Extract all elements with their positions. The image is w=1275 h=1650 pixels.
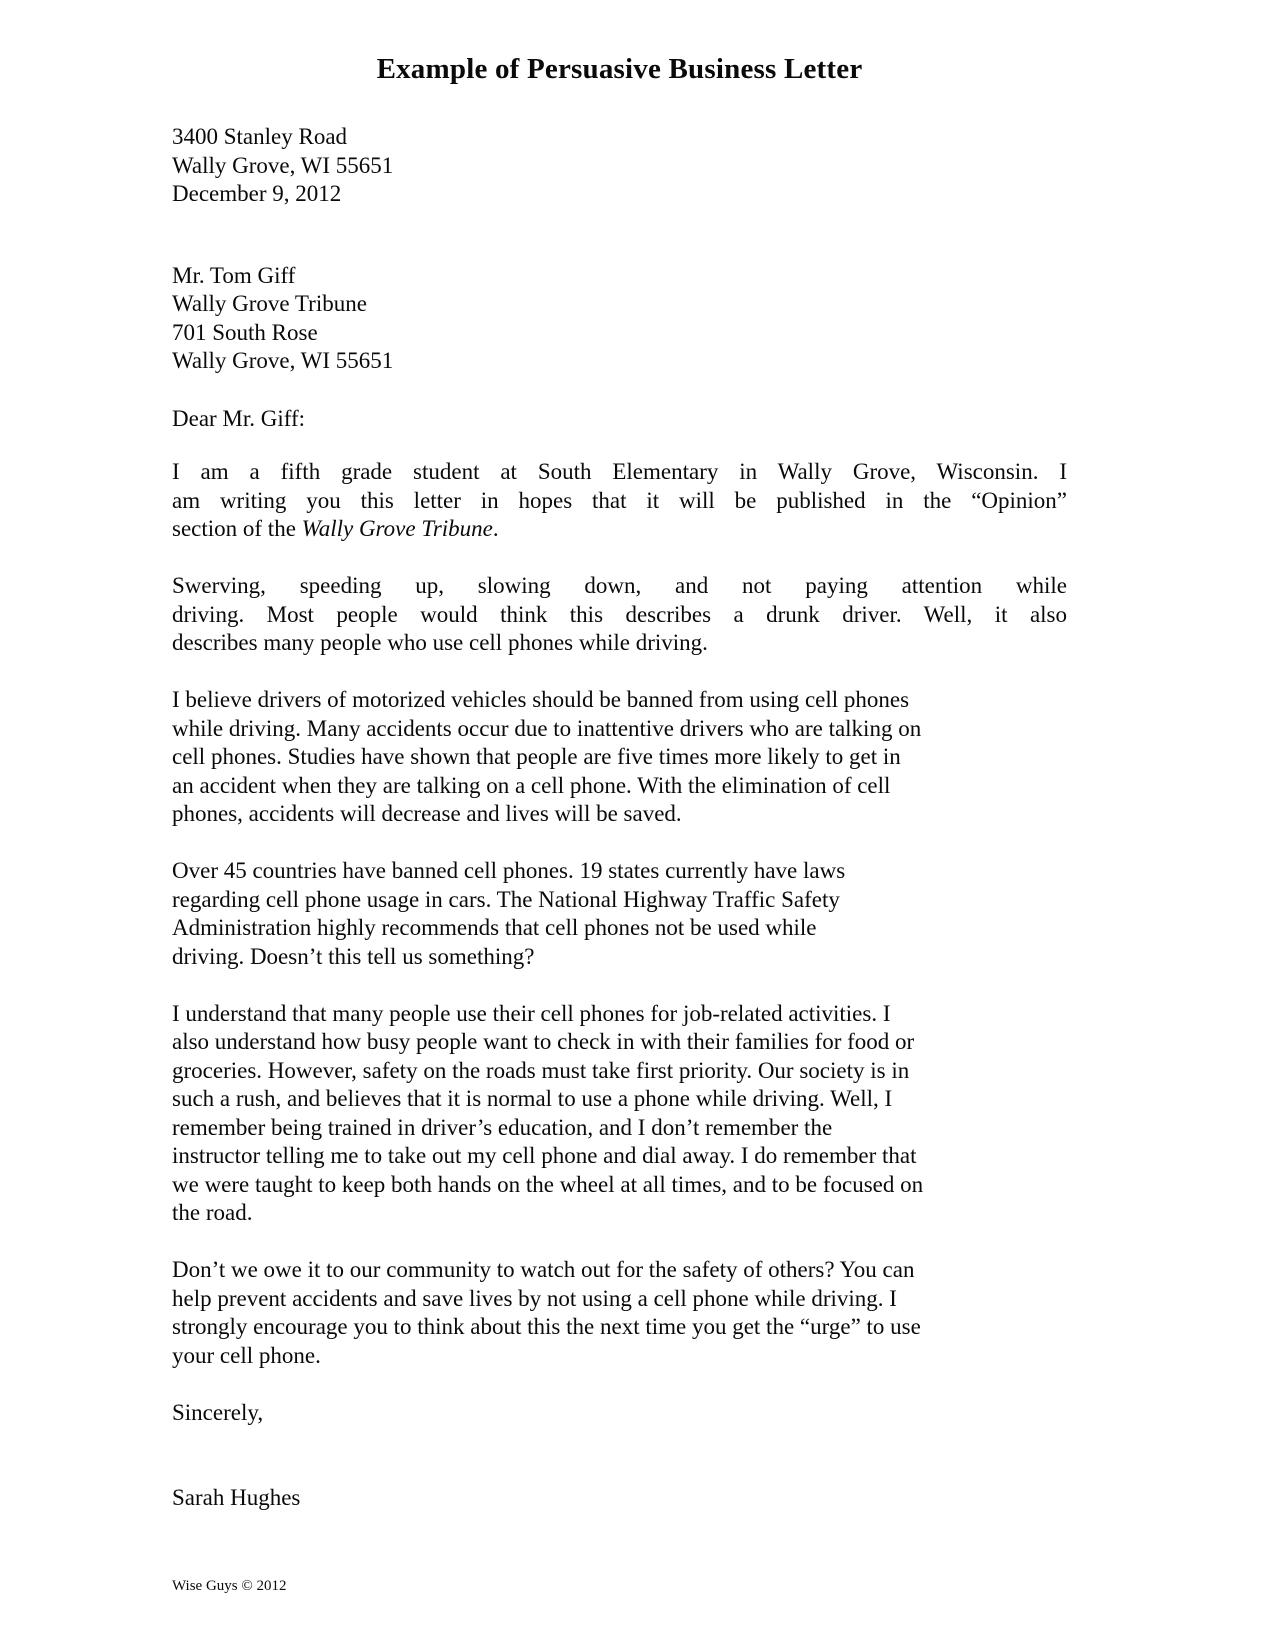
text-line: phones, accidents will decrease and live… xyxy=(172,800,1067,829)
paragraph: Swerving, speeding up, slowing down, and… xyxy=(172,572,1067,658)
text-line: I am a fifth grade student at South Elem… xyxy=(172,458,1067,487)
text-line: am writing you this letter in hopes that… xyxy=(172,487,1067,516)
address-line: 701 South Rose xyxy=(172,319,1067,348)
text-line: an accident when they are talking on a c… xyxy=(172,772,1067,801)
text-line: also understand how busy people want to … xyxy=(172,1028,1067,1057)
text-line: regarding cell phone usage in cars. The … xyxy=(172,886,1067,915)
letter-content: Example of Persuasive Business Letter 34… xyxy=(0,0,1275,1595)
page-title: Example of Persuasive Business Letter xyxy=(172,52,1067,86)
text-line: I believe drivers of motorized vehicles … xyxy=(172,686,1067,715)
text-line: we were taught to keep both hands on the… xyxy=(172,1171,1067,1200)
text-line: Swerving, speeding up, slowing down, and… xyxy=(172,572,1067,601)
text-line: groceries. However, safety on the roads … xyxy=(172,1057,1067,1086)
address-line: December 9, 2012 xyxy=(172,180,1067,209)
text-line: cell phones. Studies have shown that peo… xyxy=(172,743,1067,772)
text-line: such a rush, and believes that it is nor… xyxy=(172,1085,1067,1114)
letter-page: Example of Persuasive Business Letter 34… xyxy=(0,0,1275,1650)
text-line: Don’t we owe it to our community to watc… xyxy=(172,1256,1067,1285)
text-line: describes many people who use cell phone… xyxy=(172,629,1067,658)
address-line: Wally Grove, WI 55651 xyxy=(172,152,1067,181)
text-line: section of the Wally Grove Tribune. xyxy=(172,515,1067,544)
address-line: Wally Grove Tribune xyxy=(172,290,1067,319)
paragraph: I understand that many people use their … xyxy=(172,1000,1067,1228)
text-line: instructor telling me to take out my cel… xyxy=(172,1142,1067,1171)
address-line: 3400 Stanley Road xyxy=(172,123,1067,152)
text-line: while driving. Many accidents occur due … xyxy=(172,715,1067,744)
text-line: driving. Doesn’t this tell us something? xyxy=(172,943,1067,972)
paragraph: I am a fifth grade student at South Elem… xyxy=(172,458,1067,544)
paragraph: Over 45 countries have banned cell phone… xyxy=(172,857,1067,971)
paragraph: Don’t we owe it to our community to watc… xyxy=(172,1256,1067,1370)
italic-phrase: Wally Grove Tribune xyxy=(302,516,493,541)
closing: Sincerely, xyxy=(172,1399,1067,1428)
salutation: Dear Mr. Giff: xyxy=(172,405,1067,434)
text-line: the road. xyxy=(172,1199,1067,1228)
text-line: help prevent accidents and save lives by… xyxy=(172,1285,1067,1314)
address-line: Mr. Tom Giff xyxy=(172,262,1067,291)
text-line: remember being trained in driver’s educa… xyxy=(172,1114,1067,1143)
text-line: your cell phone. xyxy=(172,1342,1067,1371)
recipient-address-block: Mr. Tom GiffWally Grove Tribune701 South… xyxy=(172,262,1067,376)
signature-name: Sarah Hughes xyxy=(172,1484,1067,1513)
text-line: Administration highly recommends that ce… xyxy=(172,914,1067,943)
sender-address-block: 3400 Stanley RoadWally Grove, WI 55651De… xyxy=(172,123,1067,209)
text-line: strongly encourage you to think about th… xyxy=(172,1313,1067,1342)
letter-paragraphs: I am a fifth grade student at South Elem… xyxy=(172,458,1067,1370)
address-line: Wally Grove, WI 55651 xyxy=(172,347,1067,376)
text-line: Over 45 countries have banned cell phone… xyxy=(172,857,1067,886)
text-line: I understand that many people use their … xyxy=(172,1000,1067,1029)
text-line: driving. Most people would think this de… xyxy=(172,601,1067,630)
footer-credit: Wise Guys © 2012 xyxy=(172,1577,1067,1595)
paragraph: I believe drivers of motorized vehicles … xyxy=(172,686,1067,829)
